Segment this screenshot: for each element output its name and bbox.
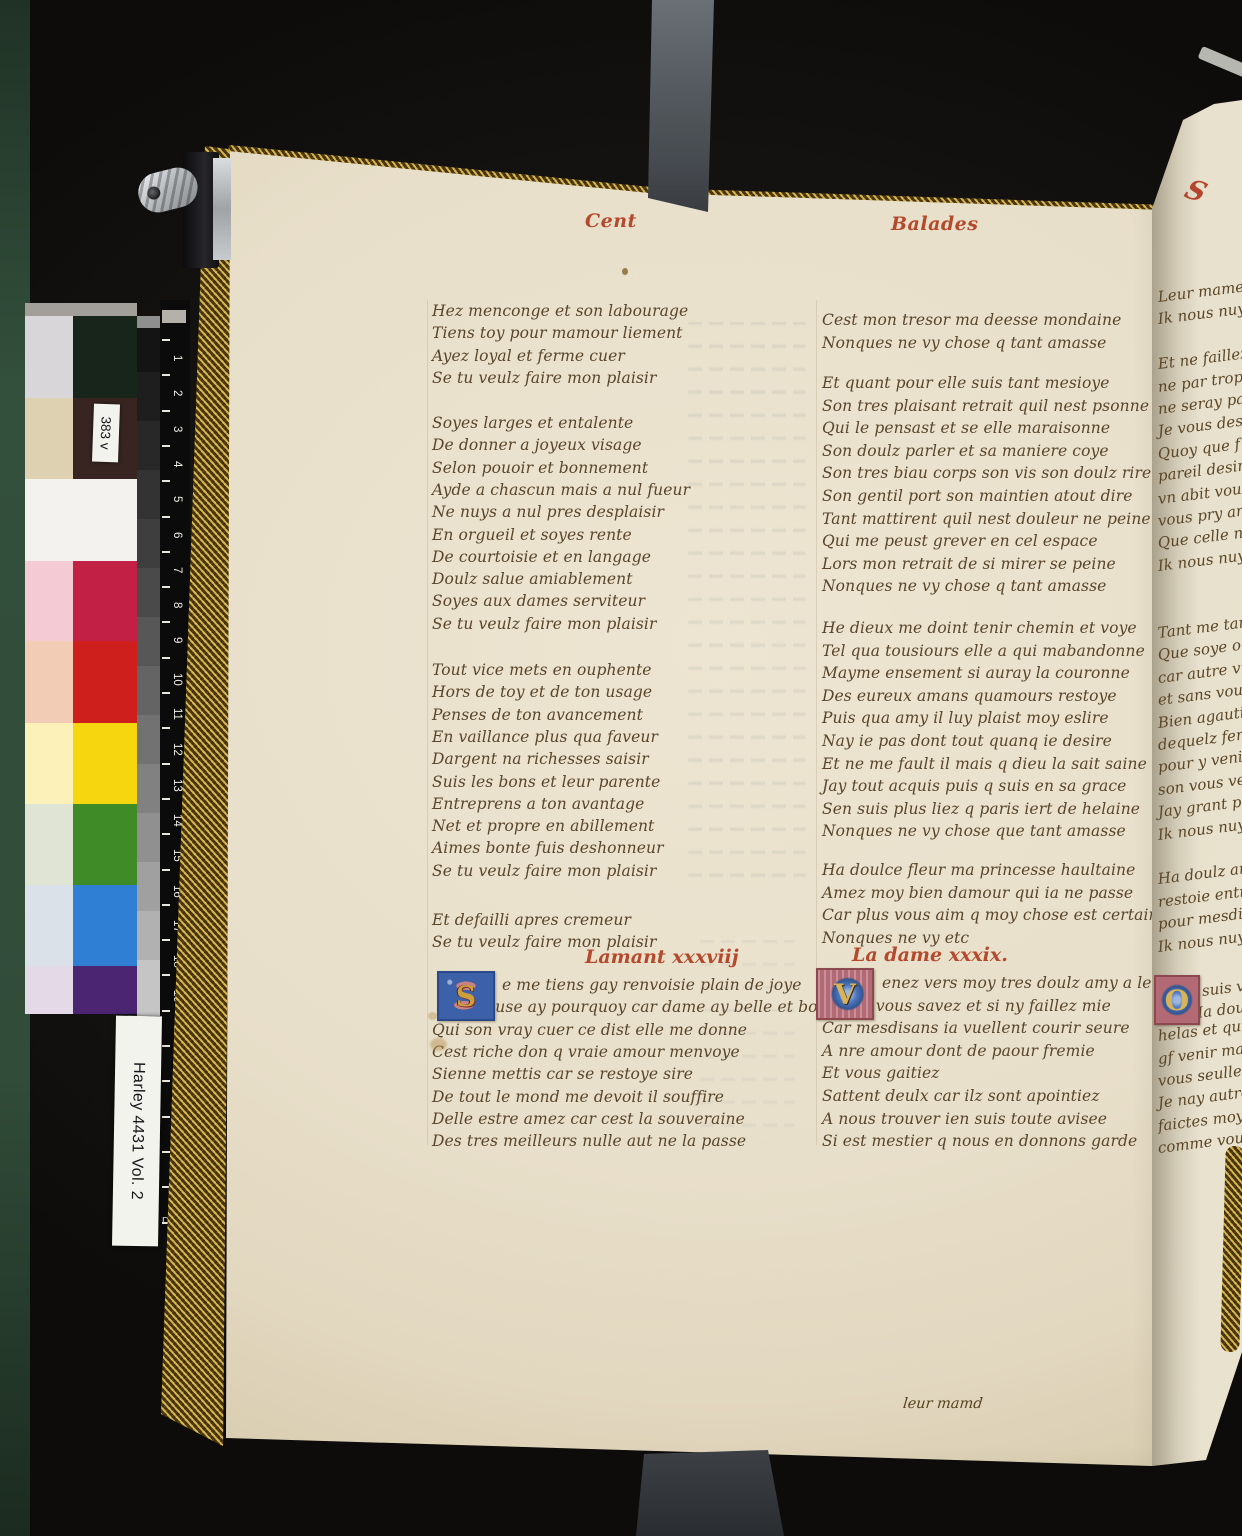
shelfmark-label: Harley 4431 Vol. 2: [112, 1016, 162, 1247]
manuscript-line: Qui me peust grever en cel espace: [822, 533, 1098, 550]
manuscript-line: Soyes larges et entalente: [432, 415, 633, 432]
color-patch: [25, 885, 73, 966]
folio-number-label: 383 v: [92, 404, 120, 463]
manuscript-line: Penses de ton avancement: [432, 707, 643, 724]
manuscript-line: Aimes bonte fuis deshonneur: [432, 840, 664, 857]
manuscript-line: De courtoisie et en langage: [432, 549, 651, 566]
manuscript-line: Se tu veulz faire mon plaisir: [432, 863, 657, 880]
running-header-right: Balades: [891, 213, 978, 235]
manuscript-line: Si est mestier q nous en donnons garde: [822, 1133, 1137, 1150]
color-patch: [73, 966, 137, 1014]
manuscript-line: Car mesdisans ia vuellent courir seure: [822, 1020, 1130, 1037]
manuscript-line: A nre amour dont de paour fremie: [822, 1043, 1095, 1060]
manuscript-line: Sen suis plus liez q paris iert de helai…: [822, 801, 1140, 818]
rubric-ladame: La dame xxxix.: [852, 944, 1008, 966]
manuscript-line: Jay tout acquis puis q suis en sa grace: [822, 778, 1126, 795]
ruler-tick: [162, 833, 170, 835]
manuscript-line: Et defailli apres cremeur: [432, 912, 631, 929]
manuscript-line: Cause ay pourquoy car dame ay belle et b…: [474, 999, 847, 1016]
ruler-number: 14: [169, 814, 183, 832]
manuscript-line: enez vers moy tres doulz amy a leure: [882, 975, 1178, 992]
ruler-tick: [162, 1116, 170, 1118]
illuminated-initial-s: S: [437, 971, 495, 1021]
manuscript-line: Qui le pensast et se elle maraisonne: [822, 420, 1110, 437]
manuscript-line: Lors mon retrait de si mirer se peine: [822, 556, 1116, 573]
ruler-number: 13: [169, 779, 183, 797]
manuscript-line: Car plus vous aim q moy chose est certai…: [822, 907, 1168, 924]
ruler-number: 6: [169, 532, 183, 550]
color-patch: [73, 479, 137, 561]
manuscript-line: He dieux me doint tenir chemin et voye: [822, 620, 1137, 637]
ruler-number: 2: [169, 390, 183, 408]
manuscript-line: Ayez loyal et ferme cuer: [432, 348, 625, 365]
ruler-tick: [162, 1010, 170, 1012]
color-patch: [73, 316, 137, 398]
ruler-number: 11: [169, 708, 183, 726]
manuscript-line: Tiens toy pour mamour liement: [432, 325, 683, 342]
ruler-tick: [162, 1186, 170, 1188]
ruler-tick: [162, 692, 170, 694]
manuscript-line: Delle estre amez car cest la souveraine: [432, 1111, 745, 1128]
manuscript-line: Sattent deulx car ilz sont apointiez: [822, 1088, 1100, 1105]
illuminated-initial-o: O: [1154, 975, 1200, 1025]
manuscript-line: Ne nuys a nul pres desplaisir: [432, 504, 664, 521]
manuscript-line: Cest riche don q vraie amour menvoye: [432, 1044, 740, 1061]
catchword: leur mamd: [902, 1396, 983, 1412]
color-patch: [73, 723, 137, 804]
color-patch: [25, 398, 73, 479]
manuscript-line: Nonques ne vy chose q tant amasse: [822, 578, 1106, 595]
color-patch: [73, 885, 137, 966]
manuscript-line: Soyes aux dames serviteur: [432, 593, 645, 610]
manuscript-line: Mayme ensement si auray la couronne: [822, 665, 1130, 682]
manuscript-line: Et vous gaitiez: [822, 1065, 940, 1082]
ruler-tick: [162, 763, 170, 765]
ruler-number: 8: [169, 602, 183, 620]
ruler-tick: [162, 727, 170, 729]
ruler-tick: [162, 516, 170, 518]
book-cradle-strap-top: [648, 0, 718, 212]
color-patch: [73, 641, 137, 723]
light-streak: [1198, 46, 1242, 79]
ruler-tick: [162, 657, 170, 659]
ruler-number: 3: [169, 426, 183, 444]
color-patch: [25, 561, 73, 641]
ruler-tick: [162, 480, 170, 482]
manuscript-line: Puis qua amy il luy plaist moy eslire: [822, 710, 1109, 727]
manuscript-line: e me tiens gay renvoisie plain de joye: [502, 977, 801, 994]
manuscript-line: Cest mon tresor ma deesse mondaine: [822, 312, 1121, 329]
ruler-number: 4: [169, 461, 183, 479]
ruler-tick: [162, 621, 170, 623]
manuscript-line: Tout vice mets en ouphente: [432, 662, 652, 679]
running-header-left: Cent: [585, 210, 637, 232]
color-patch: [25, 966, 73, 1014]
parchment-stain: [428, 1012, 437, 1020]
grayscale-strip: [137, 316, 160, 1016]
manuscript-line: Sienne mettis car se restoye sire: [432, 1066, 693, 1083]
manuscript-line: Des tres meilleurs nulle aut ne la passe: [432, 1133, 746, 1150]
manuscript-line: Et ne me fault il mais q dieu la sait sa…: [822, 756, 1147, 773]
manuscript-photograph: D RSI 1234567891011121314151617181920212…: [0, 0, 1242, 1536]
manuscript-line: Tel qua tousiours elle a qui mabandonne: [822, 643, 1145, 660]
ruler-tick: [162, 410, 170, 412]
manuscript-line: Se tu veulz faire mon plaisir: [432, 616, 657, 633]
manuscript-line: Se tu veulz faire mon plaisir: [432, 370, 657, 387]
color-patch: [25, 641, 73, 723]
binder-clip-hole: [146, 185, 162, 201]
manuscript-line: A nous trouver ien suis toute avisee: [822, 1111, 1107, 1128]
manuscript-line: Son doulz parler et sa maniere coye: [822, 443, 1109, 460]
ruler-number: 7: [169, 567, 183, 585]
ruler-tick: [162, 339, 170, 341]
ruler-tick: [162, 445, 170, 447]
manuscript-line: Son tres biau corps son vis son doulz ri…: [822, 465, 1151, 482]
manuscript-line: Nonques ne vy chose q tant amasse: [822, 335, 1106, 352]
book-cradle-strap-bottom: [636, 1448, 784, 1536]
ruler-tick: [162, 551, 170, 553]
ruler-tick: [162, 1080, 170, 1082]
manuscript-line: Tant mattirent quil nest douleur ne pein…: [822, 511, 1151, 528]
manuscript-line: Ayde a chascun mais a nul fueur: [432, 482, 690, 499]
manuscript-line: De donner a joyeux visage: [432, 437, 642, 454]
ink-stain: [622, 268, 628, 275]
manuscript-line: Q vous savez et si ny faillez mie: [858, 998, 1111, 1015]
manuscript-line: Hez menconge et son labourage: [432, 303, 688, 320]
rubric-lamant: Lamant xxxviij: [585, 946, 739, 968]
ruler-tick: [162, 904, 170, 906]
manuscript-line: Nonques ne vy chose que tant amasse: [822, 823, 1126, 840]
illuminated-initial-v: V: [816, 968, 874, 1020]
manuscript-line: Amez moy bien damour qui ia ne passe: [822, 885, 1133, 902]
ruler-tick: [162, 974, 170, 976]
ruler-tick: [162, 1045, 170, 1047]
manuscript-line: En vaillance plus qua faveur: [432, 729, 658, 746]
manuscript-line: Qui son vray cuer ce dist elle me donne: [432, 1022, 747, 1039]
parchment-stain: [430, 1038, 447, 1051]
manuscript-line: Des eureux amans quamours restoye: [822, 688, 1117, 705]
binder-clip-plate: [213, 158, 231, 260]
ruler-tick: [162, 374, 170, 376]
ruler-tick: [162, 798, 170, 800]
manuscript-line: Doulz salue amiablement: [432, 571, 633, 588]
manuscript-line: Selon pouoir et bonnement: [432, 460, 648, 477]
manuscript-line: Hors de toy et de ton usage: [432, 684, 652, 701]
color-patch: [25, 479, 73, 561]
ruler-number: 12: [169, 743, 183, 761]
color-patch: [25, 316, 73, 398]
ruler-tick: [162, 586, 170, 588]
ruler-number: 1: [169, 355, 183, 373]
ruler-number: 5: [169, 496, 183, 514]
ruler-number: 10: [169, 673, 183, 691]
color-patch: [73, 804, 137, 885]
color-patch: [25, 723, 73, 804]
manuscript-line: Son tres plaisant retrait quil nest pson…: [822, 398, 1149, 415]
manuscript-line: Suis les bons et leur parente: [432, 774, 660, 791]
ruler-tick: [162, 939, 170, 941]
manuscript-line: En orgueil et soyes rente: [432, 527, 632, 544]
color-patch: [73, 561, 137, 641]
show-through-text: [688, 322, 806, 882]
manuscript-line: Entreprens a ton avantage: [432, 796, 644, 813]
manuscript-line: Dargent na richesses saisir: [432, 751, 649, 768]
manuscript-line: Ha doulce fleur ma princesse haultaine: [822, 862, 1135, 879]
manuscript-line: Et quant pour elle suis tant mesioye: [822, 375, 1110, 392]
color-card-top-edge: [25, 303, 137, 316]
manuscript-line: Net et propre en abillement: [432, 818, 654, 835]
ruler-tick: [162, 869, 170, 871]
ruler-cap: [162, 310, 186, 323]
manuscript-line: De tout le mond me devoit il souffire: [432, 1089, 724, 1106]
manuscript-line: Nay ie pas dont tout quanq ie desire: [822, 733, 1112, 750]
color-patch: [25, 804, 73, 885]
ruler-tick: [162, 1151, 170, 1153]
ruler-number: 9: [169, 637, 183, 655]
manuscript-line: Son gentil port son maintien atout dire: [822, 488, 1132, 505]
